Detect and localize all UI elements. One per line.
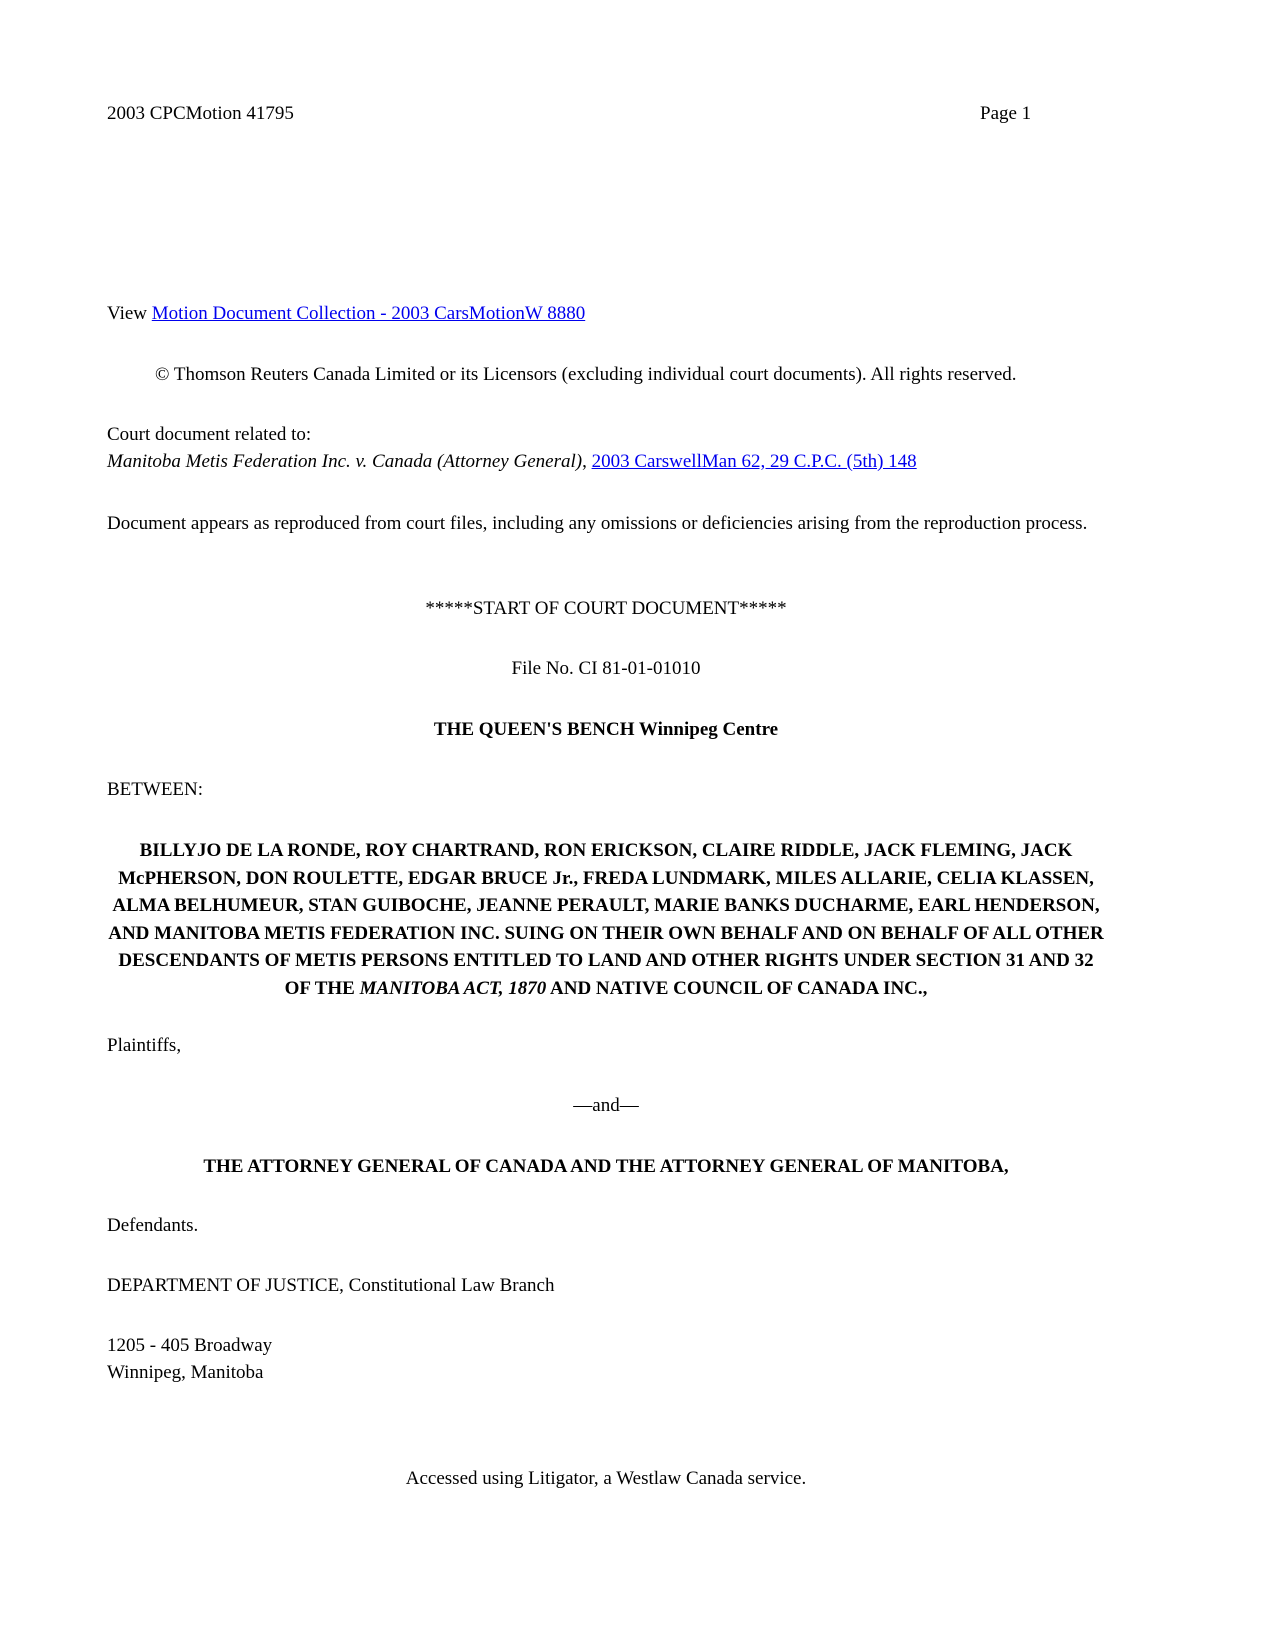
copyright-notice: © Thomson Reuters Canada Limited or its …	[155, 364, 1017, 386]
motion-collection-link[interactable]: Motion Document Collection - 2003 CarsMo…	[152, 303, 585, 324]
plaintiffs-label: Plaintiffs,	[107, 1035, 181, 1057]
page-header-citation: 2003 CPCMotion 41795	[107, 103, 294, 125]
plaintiffs-names: BILLYJO DE LA RONDE, ROY CHARTRAND, RON …	[107, 837, 1105, 1002]
statute-name: MANITOBA ACT, 1870	[360, 978, 547, 999]
plaintiffs-names-text: BILLYJO DE LA RONDE, ROY CHARTRAND, RON …	[108, 840, 1104, 999]
defendants-label: Defendants.	[107, 1215, 198, 1237]
defendants-names: THE ATTORNEY GENERAL OF CANADA AND THE A…	[107, 1156, 1105, 1178]
counsel-address-line1: 1205 - 405 Broadway	[107, 1335, 272, 1357]
plaintiffs-names-tail: AND NATIVE COUNCIL OF CANADA INC.,	[546, 978, 927, 999]
court-name: THE QUEEN'S BENCH Winnipeg Centre	[107, 719, 1105, 741]
related-case-link[interactable]: 2003 CarswellMan 62, 29 C.P.C. (5th) 148	[592, 451, 917, 472]
related-label: Court document related to:	[107, 424, 311, 446]
related-case-name: Manitoba Metis Federation Inc. v. Canada…	[107, 451, 582, 472]
page-footer: Accessed using Litigator, a Westlaw Cana…	[107, 1468, 1105, 1490]
related-separator: ,	[582, 451, 592, 472]
counsel-name: DEPARTMENT OF JUSTICE, Constitutional La…	[107, 1275, 554, 1297]
page-number: Page 1	[980, 103, 1031, 125]
view-collection-line: View Motion Document Collection - 2003 C…	[107, 303, 585, 325]
reproduction-note: Document appears as reproduced from cour…	[107, 510, 1105, 538]
view-prefix: View	[107, 303, 152, 324]
counsel-address-line2: Winnipeg, Manitoba	[107, 1362, 263, 1384]
related-case-line: Manitoba Metis Federation Inc. v. Canada…	[107, 451, 917, 473]
start-of-document-marker: *****START OF COURT DOCUMENT*****	[107, 598, 1105, 620]
and-separator: —and—	[107, 1095, 1105, 1117]
file-number: File No. CI 81-01-01010	[107, 658, 1105, 680]
between-label: BETWEEN:	[107, 779, 203, 801]
